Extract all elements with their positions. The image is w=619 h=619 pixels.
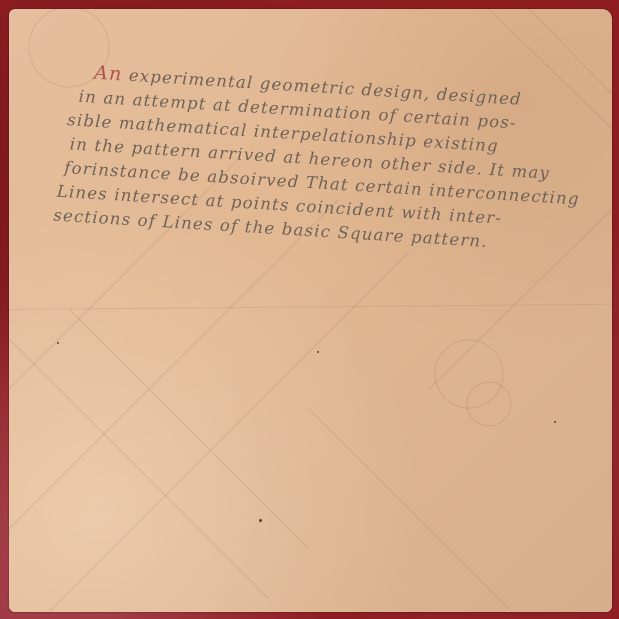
paper-speck — [57, 342, 59, 344]
paper-speck — [259, 519, 262, 522]
handwritten-note: An experimental geometric design, design… — [57, 59, 606, 261]
paper-sheet: An experimental geometric design, design… — [9, 9, 612, 612]
note-initial-word: An — [94, 62, 124, 86]
paper-speck — [554, 421, 556, 423]
paper-speck — [317, 351, 319, 353]
